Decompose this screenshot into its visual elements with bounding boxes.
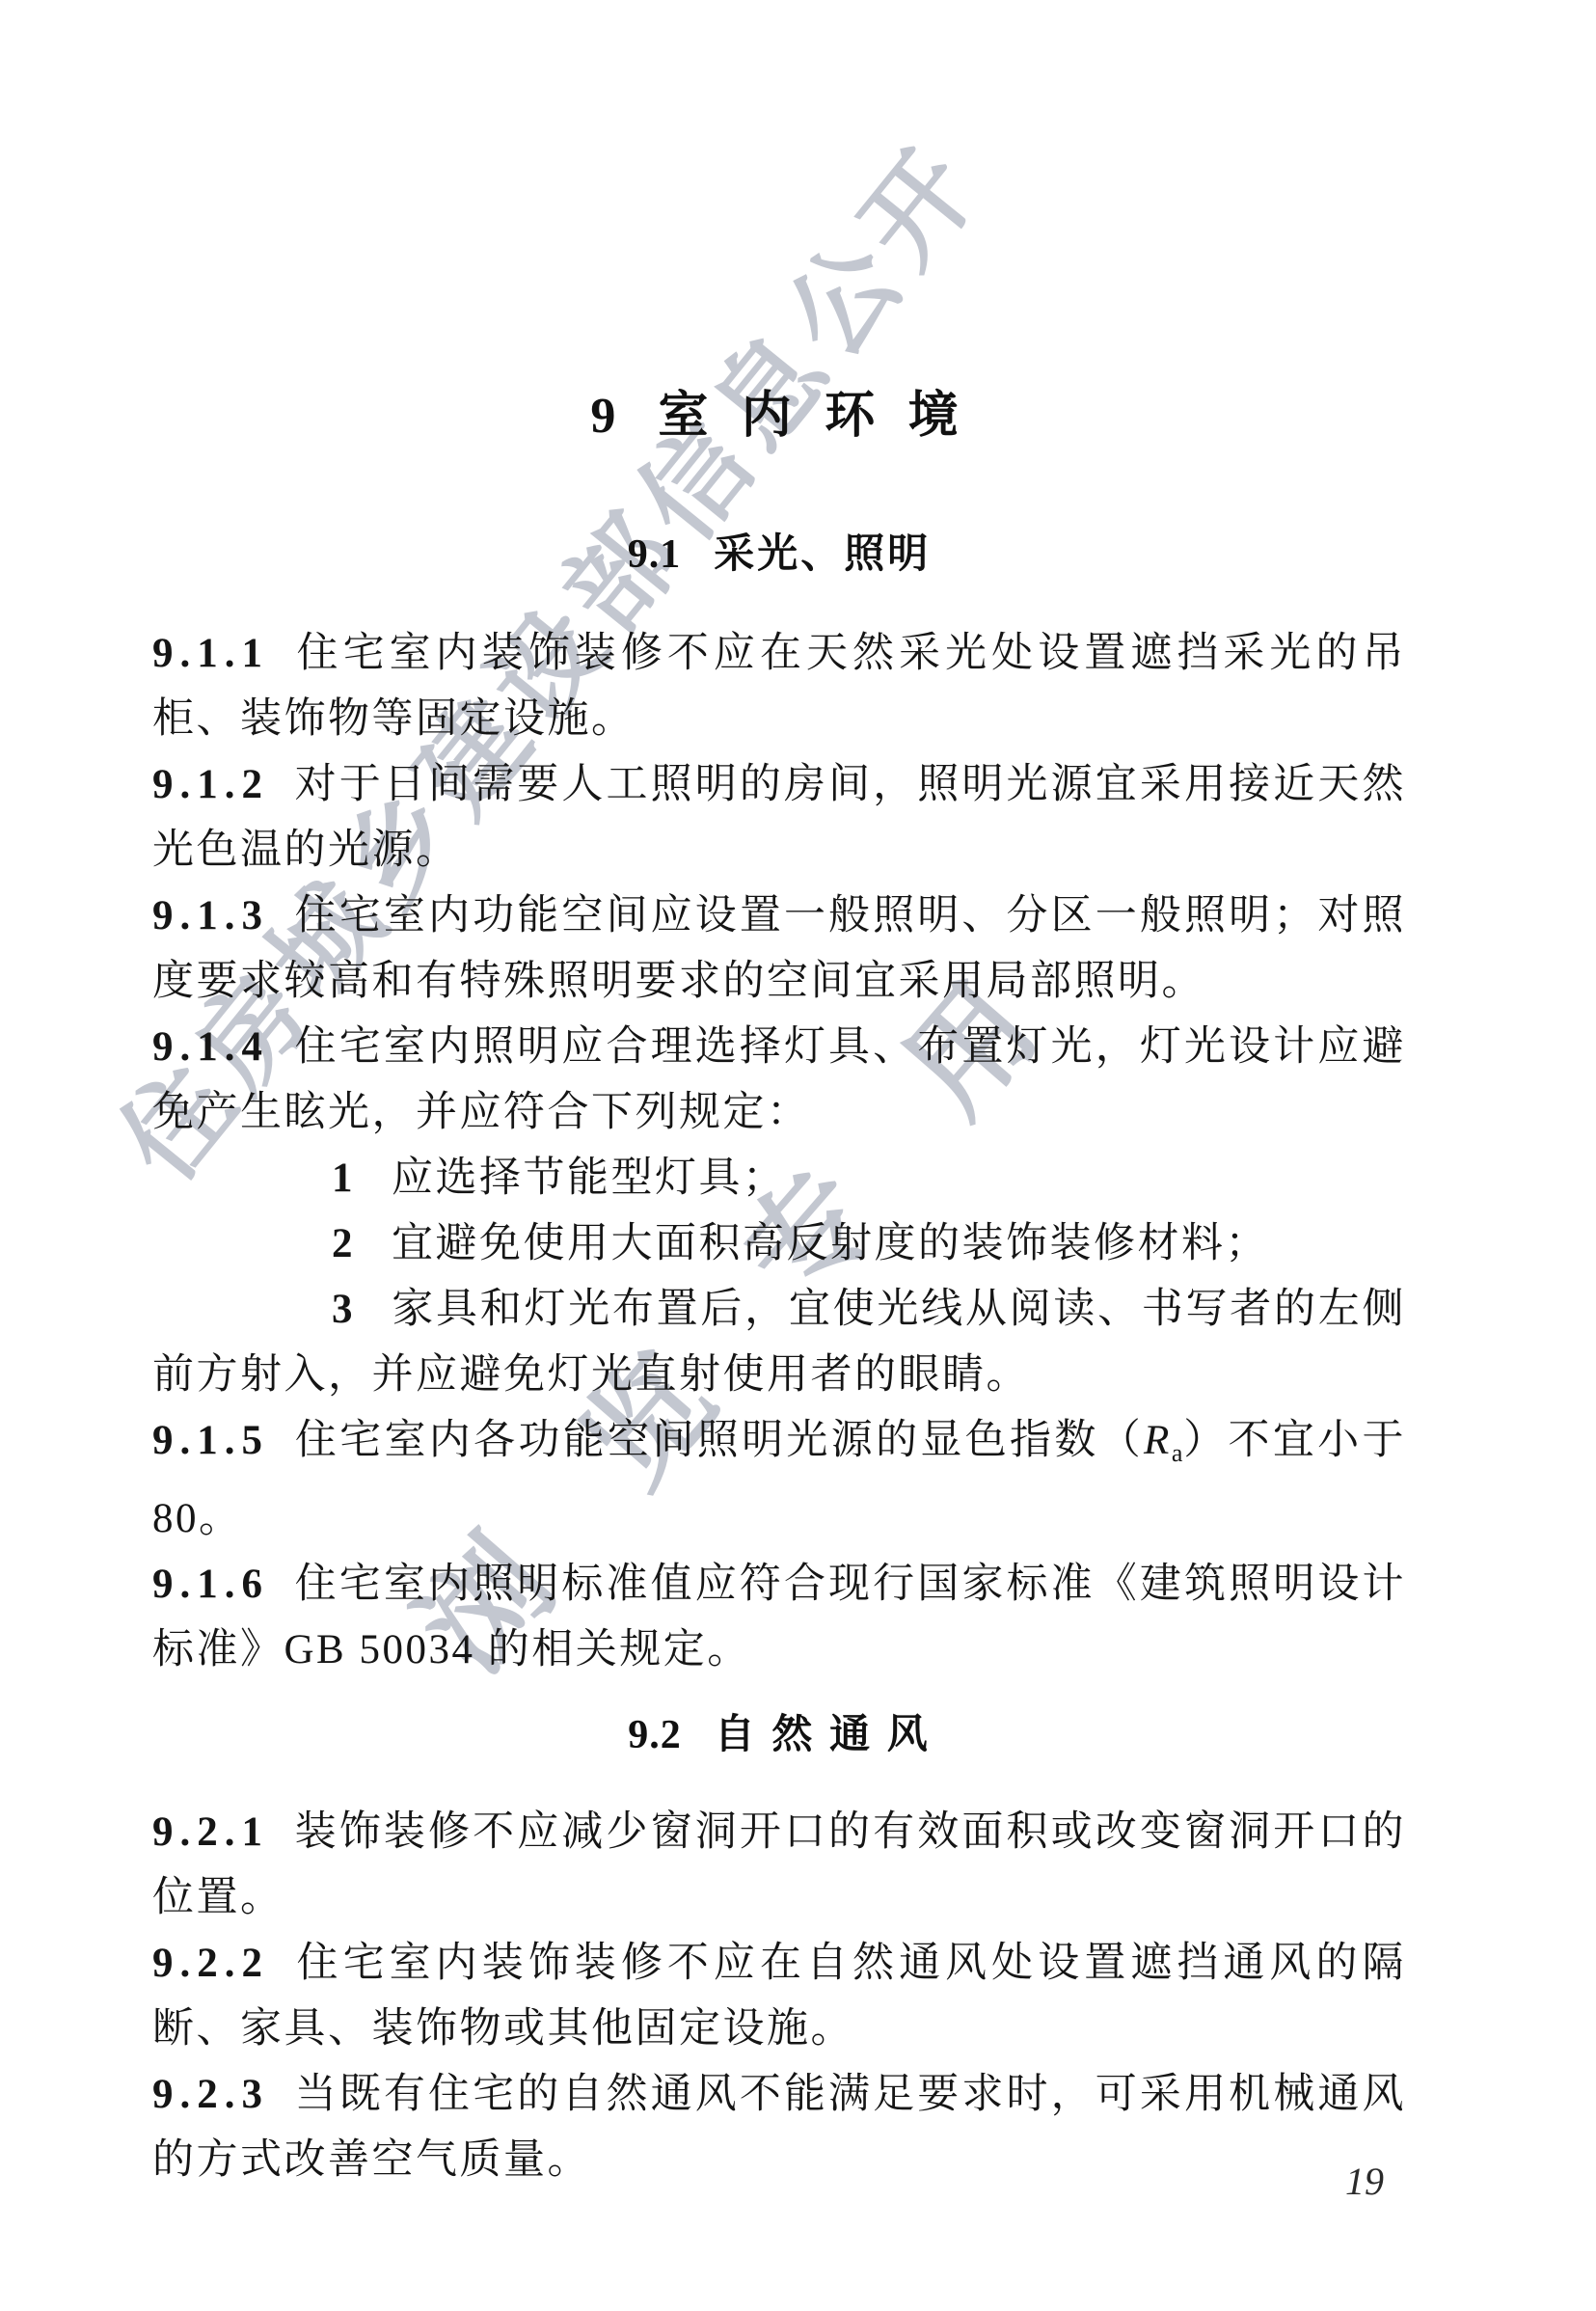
item-number: 2 — [332, 1221, 355, 1266]
clause-number: 9.1.1 — [152, 631, 269, 676]
page-number: 19 — [1345, 2159, 1384, 2204]
chapter-title: 9室 内 环 境 — [152, 386, 1406, 447]
clause-number: 9.1.5 — [152, 1418, 269, 1463]
clause-number: 9.1.6 — [152, 1562, 269, 1607]
clause-text: 当既有住宅的自然通风不能满足要求时，可采用机械通风的方式改善空气质量。 — [152, 2072, 1406, 2183]
section-number: 9.1 — [628, 532, 682, 577]
clause-number: 9.1.4 — [152, 1024, 269, 1070]
clause-number: 9.2.3 — [152, 2072, 269, 2117]
list-item-3: 3家具和灯光布置后，宜使光线从阅读、书写者的左侧前方射入，并应避免灯光直射使用者… — [152, 1277, 1406, 1408]
item-text: 应选择节能型灯具； — [392, 1155, 787, 1201]
clause-text: 住宅室内照明标准值应符合现行国家标准《建筑照明设计标准》GB 50034 的相关… — [152, 1562, 1406, 1672]
clause-9-1-5: 9.1.5住宅室内各功能空间照明光源的显色指数（Ra）不宜小于 80。 — [152, 1408, 1406, 1552]
chapter-title-text: 室 内 环 境 — [658, 388, 967, 444]
list-item-1: 1应选择节能型灯具； — [152, 1146, 1406, 1211]
clause-9-1-4: 9.1.4住宅室内照明应合理选择灯具、布置灯光，灯光设计应避免产生眩光，并应符合… — [152, 1015, 1406, 1146]
clause-text: 对于日间需要人工照明的房间，照明光源宜采用接近天然光色温的光源。 — [152, 762, 1406, 873]
clause-text: 住宅室内功能空间应设置一般照明、分区一般照明；对照度要求较高和有特殊照明要求的空… — [152, 893, 1406, 1004]
clause-9-2-2: 9.2.2住宅室内装饰装修不应在自然通风处设置遮挡通风的隔断、家具、装饰物或其他… — [152, 1931, 1406, 2062]
item-number: 3 — [332, 1287, 355, 1332]
formula-variable-R: R — [1144, 1418, 1172, 1463]
clause-9-1-6: 9.1.6住宅室内照明标准值应符合现行国家标准《建筑照明设计标准》GB 5003… — [152, 1552, 1406, 1683]
list-item-2: 2宜避免使用大面积高反射度的装饰装修材料； — [152, 1211, 1406, 1277]
section-number: 9.2 — [628, 1713, 682, 1757]
chapter-number: 9 — [590, 389, 615, 444]
item-number: 1 — [332, 1155, 355, 1201]
document-page: { "watermark": { "line1": "住房城乡建设部信息公开",… — [0, 0, 1596, 2311]
clause-number: 9.1.3 — [152, 893, 269, 938]
clause-number: 9.2.2 — [152, 1941, 269, 1986]
clause-9-1-3: 9.1.3住宅室内功能空间应设置一般照明、分区一般照明；对照度要求较高和有特殊照… — [152, 884, 1406, 1015]
clause-9-2-1: 9.2.1装饰装修不应减少窗洞开口的有效面积或改变窗洞开口的位置。 — [152, 1800, 1406, 1931]
clause-9-2-3: 9.2.3当既有住宅的自然通风不能满足要求时，可采用机械通风的方式改善空气质量。 — [152, 2062, 1406, 2193]
clause-text: 住宅室内装饰装修不应在天然采光处设置遮挡采光的吊柜、装饰物等固定设施。 — [152, 631, 1406, 742]
clause-number: 9.2.1 — [152, 1809, 269, 1855]
item-text: 宜避免使用大面积高反射度的装饰装修材料； — [392, 1221, 1269, 1266]
clause-text-before-formula: 住宅室内各功能空间照明光源的显色指数（ — [294, 1418, 1144, 1463]
clause-9-1-1: 9.1.1住宅室内装饰装修不应在天然采光处设置遮挡采光的吊柜、装饰物等固定设施。 — [152, 621, 1406, 752]
formula-subscript-a: a — [1172, 1439, 1183, 1467]
section-title-text: 自 然 通 风 — [715, 1711, 931, 1756]
clause-text: 装饰装修不应减少窗洞开口的有效面积或改变窗洞开口的位置。 — [152, 1809, 1406, 1920]
clause-text: 住宅室内装饰装修不应在自然通风处设置遮挡通风的隔断、家具、装饰物或其他固定设施。 — [152, 1941, 1406, 2052]
clause-text: 住宅室内照明应合理选择灯具、布置灯光，灯光设计应避免产生眩光，并应符合下列规定： — [152, 1024, 1406, 1135]
clause-number: 9.1.2 — [152, 762, 269, 807]
section-heading-9-2: 9.2自 然 通 风 — [152, 1710, 1406, 1759]
section-title-text: 采光、照明 — [714, 530, 931, 576]
section-heading-9-1: 9.1采光、照明 — [152, 530, 1406, 579]
clause-9-1-2: 9.1.2对于日间需要人工照明的房间，照明光源宜采用接近天然光色温的光源。 — [152, 752, 1406, 884]
page-content: 9室 内 环 境 9.1采光、照明 9.1.1住宅室内装饰装修不应在天然采光处设… — [152, 0, 1406, 2193]
